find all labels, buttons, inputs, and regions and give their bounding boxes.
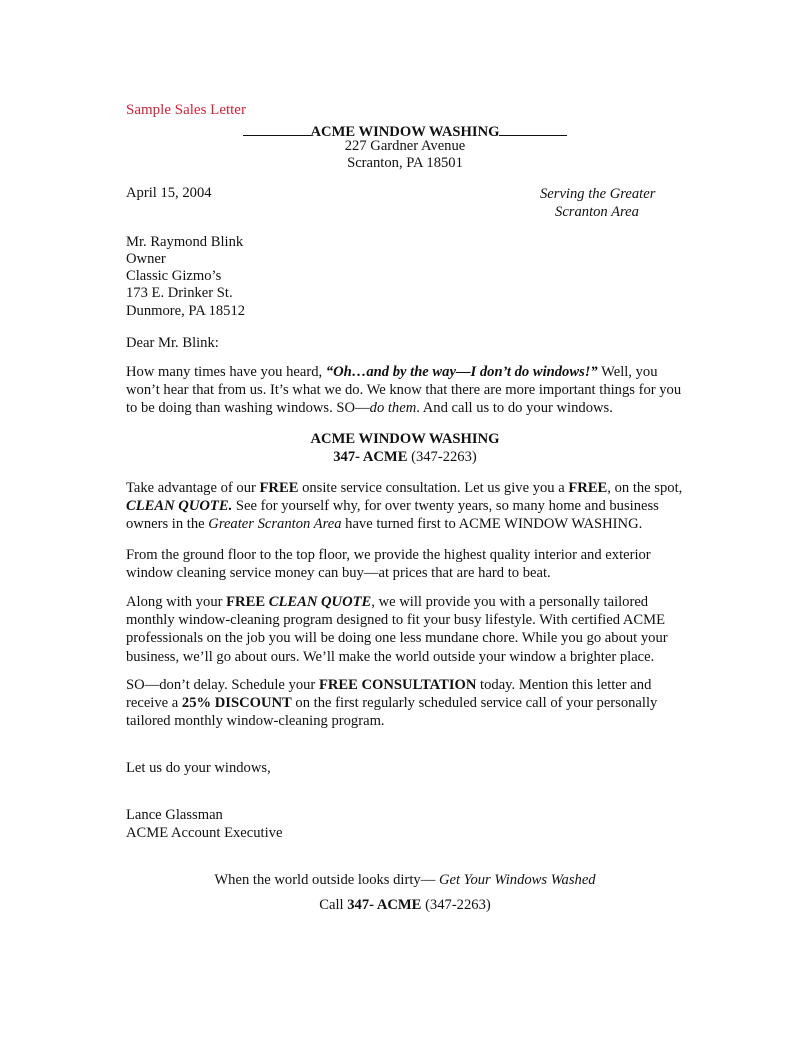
mid-heading-phone: 347- ACME (347-2263) xyxy=(0,448,810,466)
recipient-city: Dunmore, PA 18512 xyxy=(126,303,674,320)
signature-name: Lance Glassman xyxy=(126,807,674,825)
recipient-title: Owner xyxy=(126,251,674,268)
recipient-street: 173 E. Drinker St. xyxy=(126,285,674,302)
paragraph-intro: How many times have you heard, “Oh…and b… xyxy=(126,363,674,418)
footer-call: Call 347- ACME (347-2263) xyxy=(0,897,810,914)
letterhead-address-line2: Scranton, PA 18501 xyxy=(0,155,810,172)
paragraph-program: Along with your FREE CLEAN QUOTE, we wil… xyxy=(126,593,674,666)
closing: Let us do your windows, xyxy=(126,759,674,777)
footer-slogan: When the world outside looks dirty— Get … xyxy=(0,872,810,889)
paragraph-quality: From the ground floor to the top floor, … xyxy=(126,546,674,582)
document-label: Sample Sales Letter xyxy=(126,102,246,119)
letterhead-address-line1: 227 Gardner Avenue xyxy=(0,138,810,155)
mid-heading: ACME WINDOW WASHING 347- ACME (347-2263) xyxy=(0,430,810,466)
recipient-address: Mr. Raymond Blink Owner Classic Gizmo’s … xyxy=(126,234,674,320)
letter-date: April 15, 2004 xyxy=(126,185,212,202)
service-area-tagline: Serving the Greater Scranton Area xyxy=(540,185,654,221)
signature-title: ACME Account Executive xyxy=(126,825,674,843)
paragraph-discount: SO—don’t delay. Schedule your FREE CONSU… xyxy=(126,676,674,731)
salutation: Dear Mr. Blink: xyxy=(126,334,674,352)
recipient-company: Classic Gizmo’s xyxy=(126,268,674,285)
mid-heading-company: ACME WINDOW WASHING xyxy=(0,430,810,448)
recipient-name: Mr. Raymond Blink xyxy=(126,234,674,251)
signature-block: Lance Glassman ACME Account Executive xyxy=(126,807,674,842)
paragraph-free-consultation: Take advantage of our FREE onsite servic… xyxy=(126,479,674,534)
